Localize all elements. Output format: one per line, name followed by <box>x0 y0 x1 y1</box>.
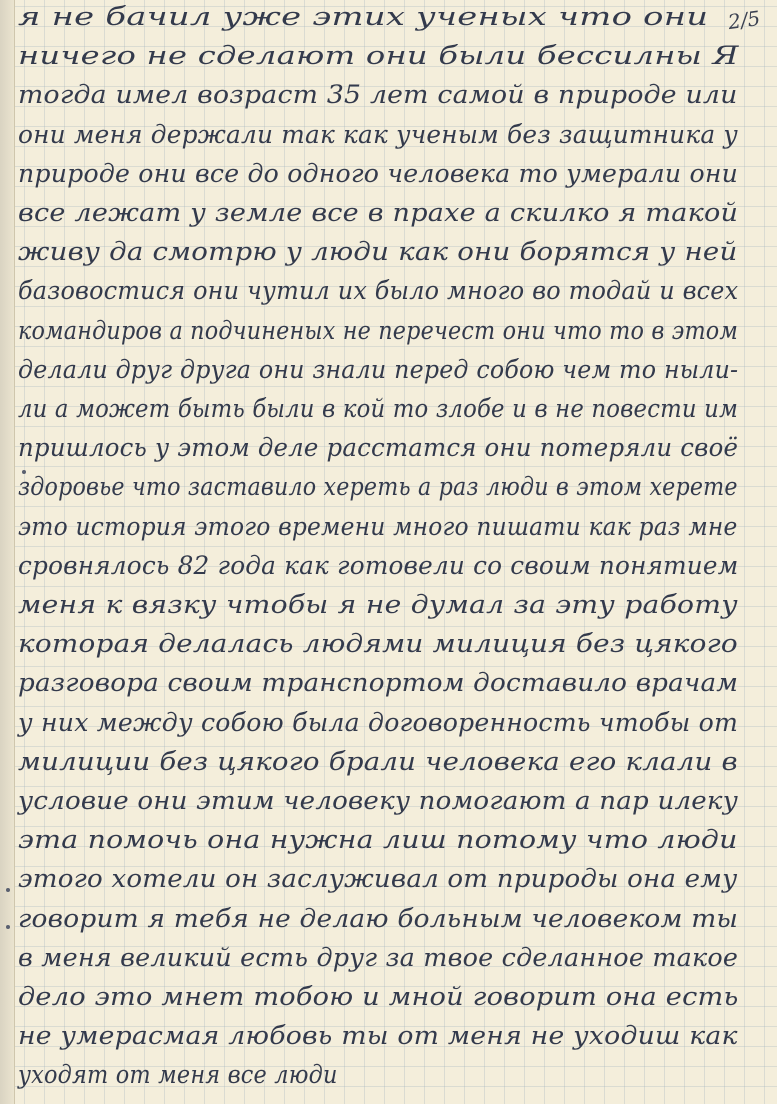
handwritten-line: природе они все до одного человека то ум… <box>18 159 738 188</box>
handwritten-line: разговора своим транспортом доставило вр… <box>18 668 738 697</box>
handwritten-line: они меня держали так как ученым без защи… <box>18 120 738 149</box>
notebook-page: 2/5 я не бачил уже этих ученых что онини… <box>0 0 777 1104</box>
handwritten-line: у них между собою была договоренность чт… <box>18 708 738 737</box>
handwritten-line: меня к вязку чтобы я не думал за эту раб… <box>18 590 738 619</box>
handwritten-line: в меня великий есть друг за твое сделанн… <box>18 943 738 972</box>
handwritten-line: тогда имел возраст 35 лет самой в природ… <box>18 80 738 109</box>
ink-dot <box>6 888 10 892</box>
page-binding-edge <box>0 0 15 1104</box>
handwritten-line: условие они этим человеку помогают а пар… <box>18 786 738 815</box>
handwritten-line: дело это мнет тобою и мной говорит она е… <box>18 982 738 1011</box>
handwritten-line: живу да смотрю у люди как они борятся у … <box>18 237 737 266</box>
handwritten-line: базовостися они чутил их было много во т… <box>18 276 738 305</box>
handwritten-line: говорит я тебя не делаю больным человеко… <box>18 904 738 933</box>
handwritten-line: уходят от меня все люди <box>18 1060 338 1089</box>
handwritten-line: делали друг друга они знали перед собою … <box>18 355 738 384</box>
handwritten-line: пришлось у этом деле расстатся они потер… <box>18 433 738 462</box>
handwritten-line: ли а может быть были в кой то злобе и в … <box>18 394 738 423</box>
handwritten-line: этого хотели он заслуживал от природы он… <box>18 864 737 893</box>
page-number: 2/5 <box>726 6 761 34</box>
handwritten-line: милиции без цякого брали человека его кл… <box>18 747 738 776</box>
handwritten-line: здоровье что заставило хереть а раз люди… <box>18 472 738 501</box>
handwritten-line: все лежат у земле все в прахе а скилко я… <box>18 198 738 227</box>
ink-dot <box>6 925 10 929</box>
handwritten-line: я не бачил уже этих ученых что они <box>18 2 708 31</box>
handwritten-line: не умерасмая любовь ты от меня не уходиш… <box>18 1021 738 1050</box>
handwritten-line: командиров а подчиненых не перечест они … <box>18 316 738 345</box>
handwritten-line: сровнялось 82 года как готовели со своим… <box>18 551 738 580</box>
handwritten-line: ничего не сделают они были бессилны Я <box>18 41 739 70</box>
handwritten-line: которая делалась людями милиция без цяко… <box>18 629 738 658</box>
handwritten-line: это история этого времени много пишати к… <box>18 512 738 541</box>
handwritten-line: эта помочь она нужна лиш потому что люди <box>18 825 738 854</box>
